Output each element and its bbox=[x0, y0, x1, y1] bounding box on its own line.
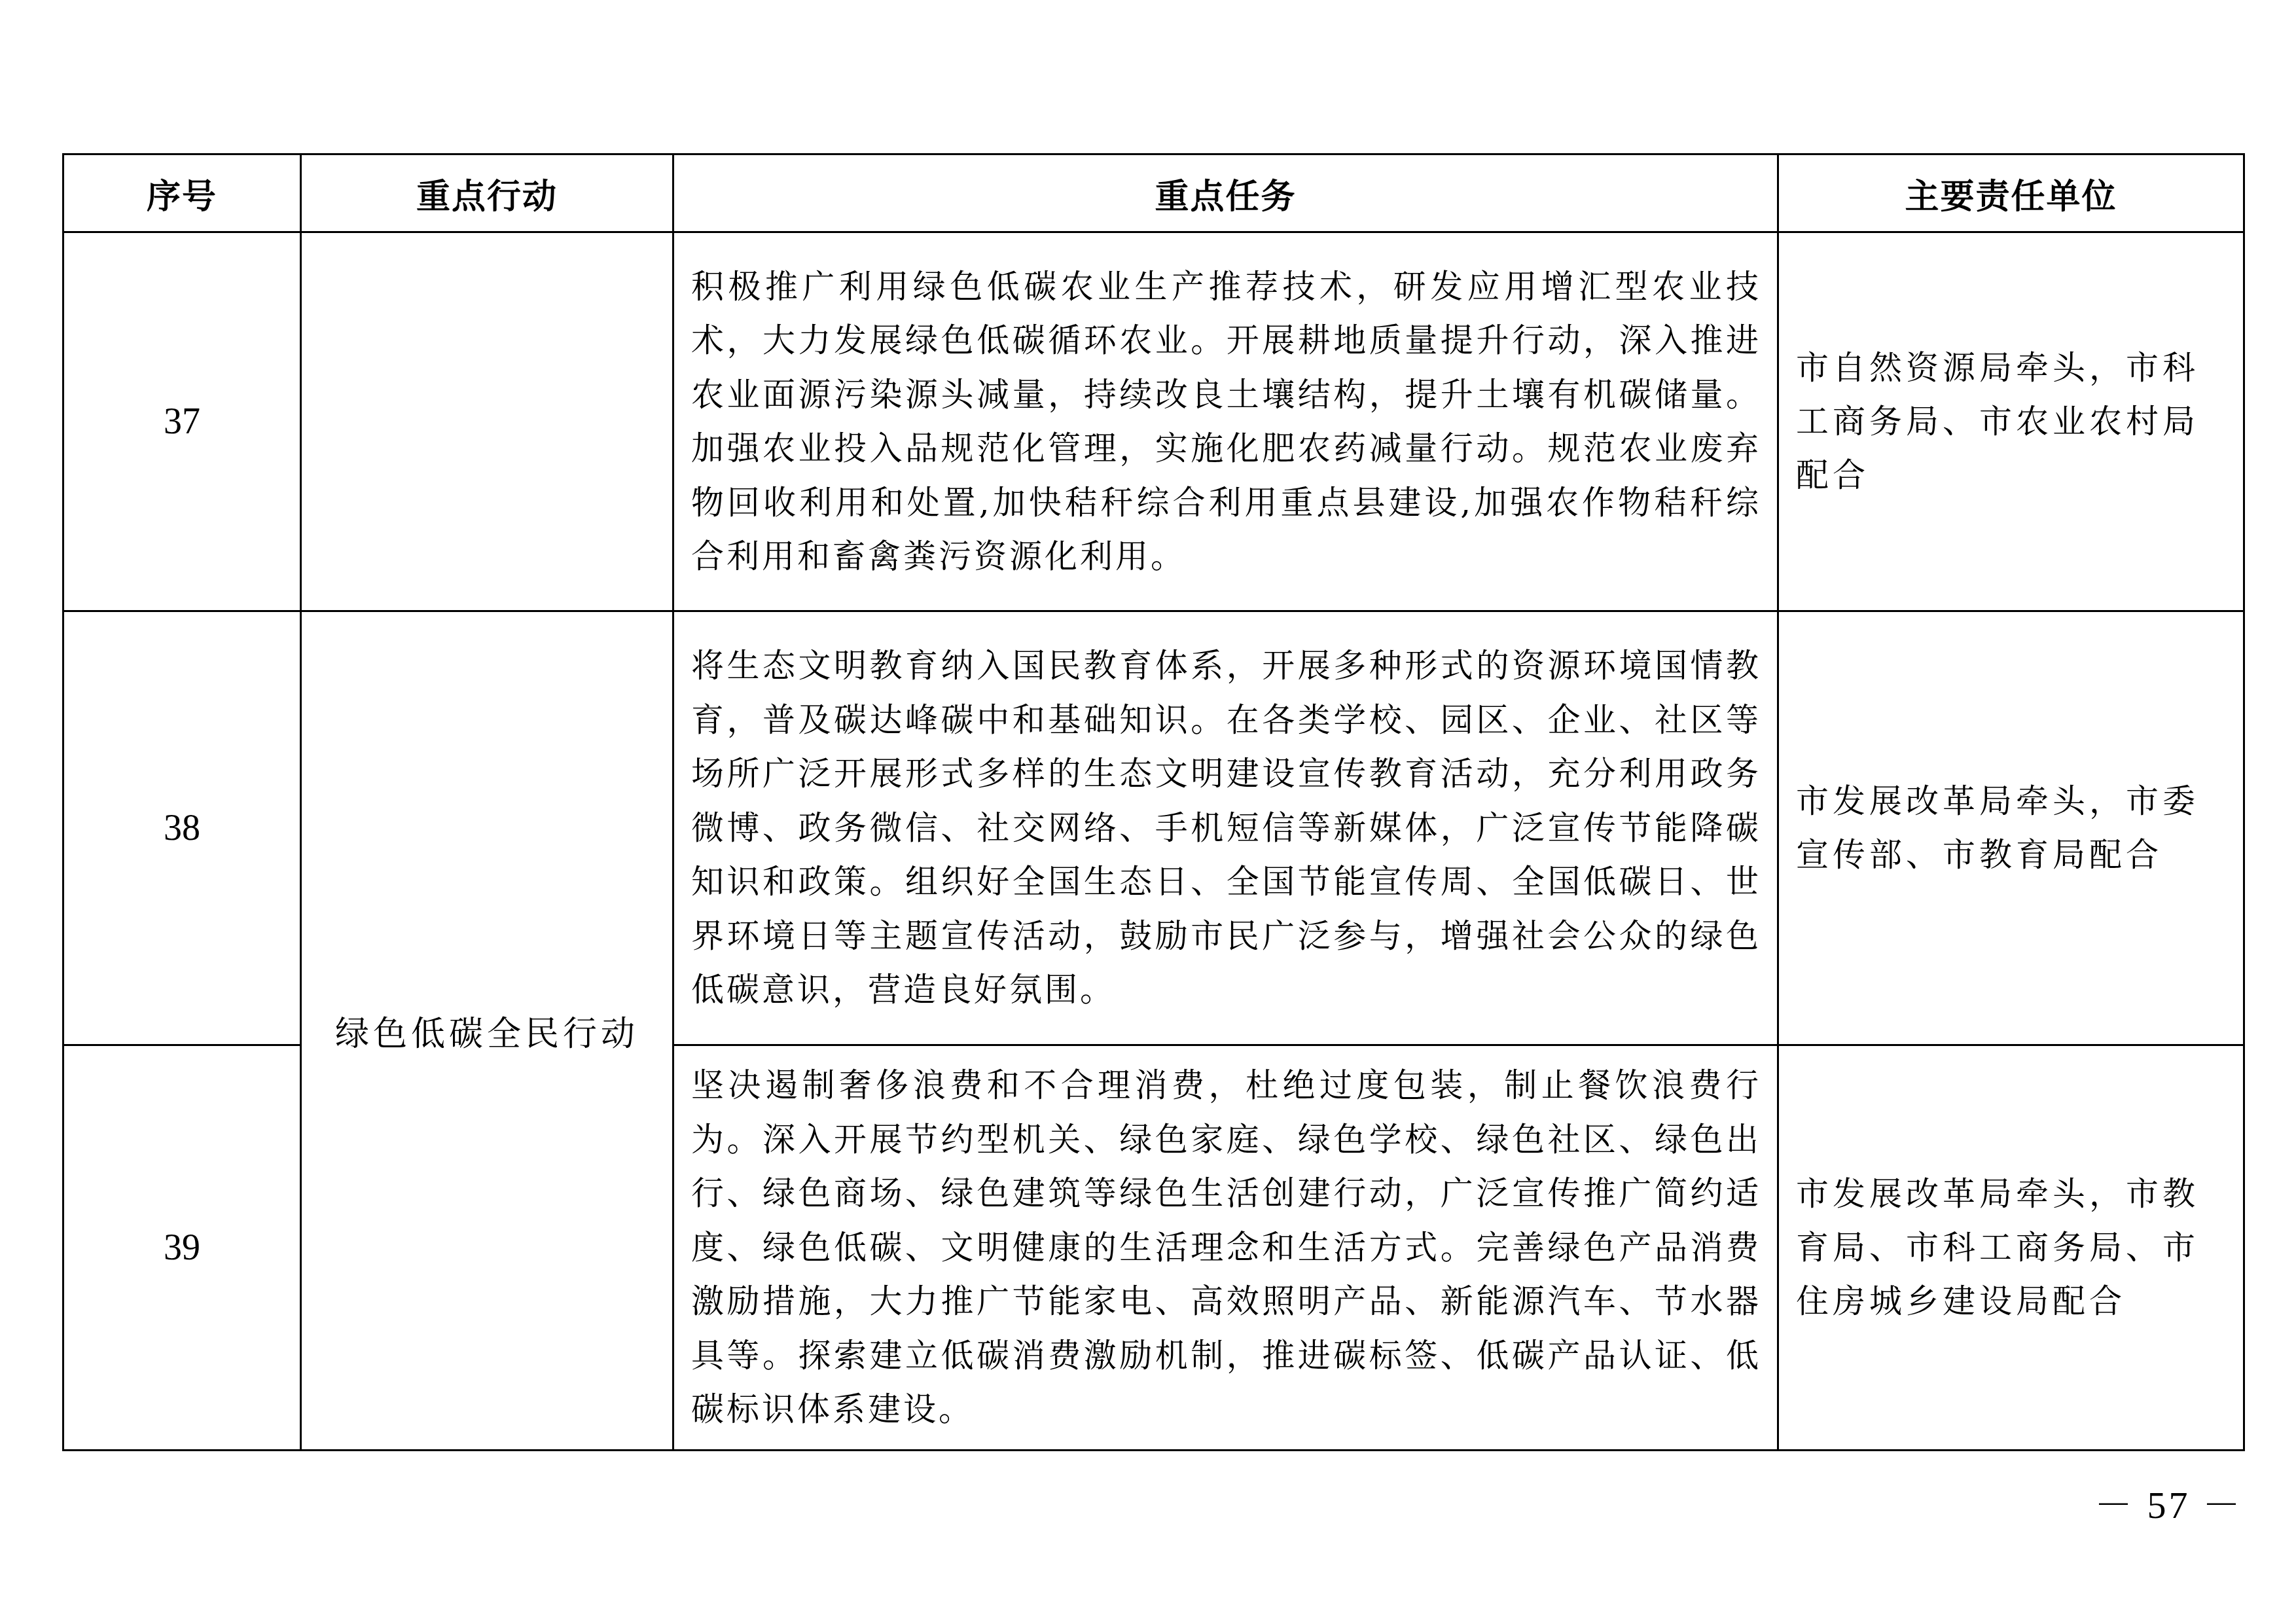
row-serial-number: 38 bbox=[63, 611, 301, 1045]
header-key-task: 重点任务 bbox=[673, 154, 1778, 232]
row-serial-number: 39 bbox=[63, 1045, 301, 1451]
header-serial-number: 序号 bbox=[63, 154, 301, 232]
row-key-task: 将生态文明教育纳入国民教育体系，开展多种形式的资源环境国情教育，普及碳达峰碳中和… bbox=[673, 611, 1778, 1045]
table-row: 38 绿色低碳全民行动 将生态文明教育纳入国民教育体系，开展多种形式的资源环境国… bbox=[63, 611, 2244, 1045]
row-responsible-unit: 市发展改革局牵头，市教育局、市科工商务局、市住房城乡建设局配合 bbox=[1778, 1045, 2244, 1451]
action-task-table: 序号 重点行动 重点任务 主要责任单位 37 积极推广利用绿色低碳农业生产推荐技… bbox=[62, 153, 2245, 1451]
merged-key-action: 绿色低碳全民行动 bbox=[301, 611, 673, 1451]
header-responsible-unit: 主要责任单位 bbox=[1778, 154, 2244, 232]
row-responsible-unit: 市自然资源局牵头，市科工商务局、市农业农村局配合 bbox=[1778, 232, 2244, 611]
table-header-row: 序号 重点行动 重点任务 主要责任单位 bbox=[63, 154, 2244, 232]
row-serial-number: 37 bbox=[63, 232, 301, 611]
row-key-task: 坚决遏制奢侈浪费和不合理消费，杜绝过度包装，制止餐饮浪费行为。深入开展节约型机关… bbox=[673, 1045, 1778, 1451]
row-key-action bbox=[301, 232, 673, 611]
page-number: － 57 － bbox=[2094, 1474, 2243, 1529]
table-row: 37 积极推广利用绿色低碳农业生产推荐技术，研发应用增汇型农业技术，大力发展绿色… bbox=[63, 232, 2244, 611]
header-key-action: 重点行动 bbox=[301, 154, 673, 232]
row-responsible-unit: 市发展改革局牵头，市委宣传部、市教育局配合 bbox=[1778, 611, 2244, 1045]
row-key-task: 积极推广利用绿色低碳农业生产推荐技术，研发应用增汇型农业技术，大力发展绿色低碳循… bbox=[673, 232, 1778, 611]
